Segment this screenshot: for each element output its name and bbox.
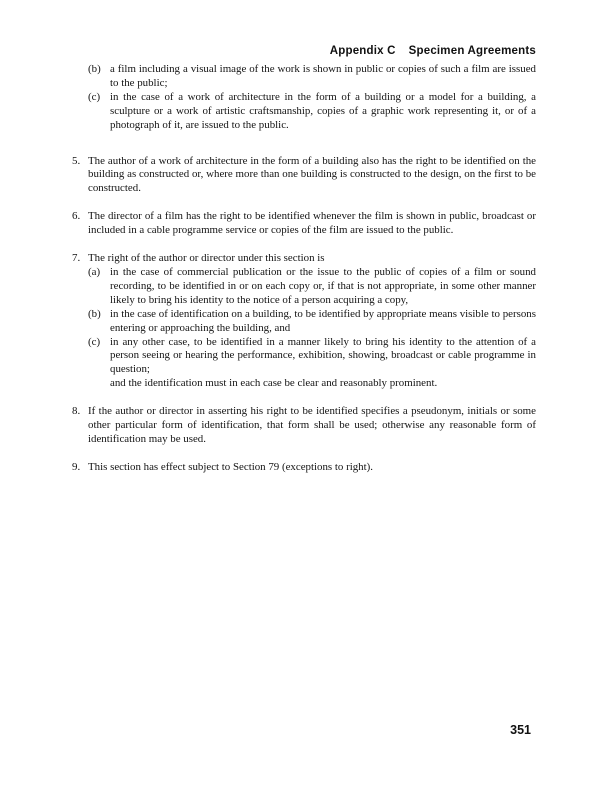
running-header-title: Specimen Agreements xyxy=(409,45,536,57)
sub-item-b: (b) a film including a visual image of t… xyxy=(88,63,536,91)
item-row: 7. The right of the author or director u… xyxy=(72,252,536,266)
item-number: 8. xyxy=(72,405,88,419)
item-text: This section has effect subject to Secti… xyxy=(88,461,536,475)
running-header: Appendix CSpecimen Agreements xyxy=(330,45,536,57)
sub-item-label: (c) xyxy=(88,336,110,350)
item-text: The director of a film has the right to … xyxy=(88,210,536,238)
sub-item-text: in the case of a work of architecture in… xyxy=(110,91,536,133)
page-number: 351 xyxy=(510,723,531,737)
sub-item-c: (c) in the case of a work of architectur… xyxy=(88,91,536,133)
item-number: 7. xyxy=(72,252,88,266)
list-item-6: 6. The director of a film has the right … xyxy=(72,210,536,238)
sub-item-text: in any other case, to be identified in a… xyxy=(110,336,536,378)
sub-item-label: (b) xyxy=(88,63,110,77)
document-page: Appendix CSpecimen Agreements (b) a film… xyxy=(0,0,616,800)
list-item-8: 8. If the author or director in assertin… xyxy=(72,405,536,447)
sub-item-text: in the case of identification on a build… xyxy=(110,308,536,336)
sub-item-text: a film including a visual image of the w… xyxy=(110,63,536,91)
sub-item-7a: (a) in the case of commercial publicatio… xyxy=(88,266,536,308)
item-row: 6. The director of a film has the right … xyxy=(72,210,536,238)
item-row: 8. If the author or director in assertin… xyxy=(72,405,536,447)
list-item-7: 7. The right of the author or director u… xyxy=(72,252,536,391)
sub-item-7c: (c) in any other case, to be identified … xyxy=(88,336,536,378)
item-text: The author of a work of architecture in … xyxy=(88,155,536,197)
item-closing-line: and the identification must in each case… xyxy=(110,377,536,391)
item-row: 9. This section has effect subject to Se… xyxy=(72,461,536,475)
item-number: 5. xyxy=(72,155,88,169)
sub-item-text: in the case of commercial publication or… xyxy=(110,266,536,308)
item-row: 5. The author of a work of architecture … xyxy=(72,155,536,197)
running-header-appendix: Appendix C xyxy=(330,45,396,57)
list-item-9: 9. This section has effect subject to Se… xyxy=(72,461,536,475)
item-number: 9. xyxy=(72,461,88,475)
item-number: 6. xyxy=(72,210,88,224)
sub-item-label: (a) xyxy=(88,266,110,280)
sub-item-7b: (b) in the case of identification on a b… xyxy=(88,308,536,336)
item-text: The right of the author or director unde… xyxy=(88,252,536,266)
sub-item-label: (c) xyxy=(88,91,110,105)
page-content: (b) a film including a visual image of t… xyxy=(72,63,536,475)
item-text: If the author or director in asserting h… xyxy=(88,405,536,447)
sub-item-label: (b) xyxy=(88,308,110,322)
list-item-5: 5. The author of a work of architecture … xyxy=(72,155,536,197)
lead-sub-item-group: (b) a film including a visual image of t… xyxy=(72,63,536,133)
